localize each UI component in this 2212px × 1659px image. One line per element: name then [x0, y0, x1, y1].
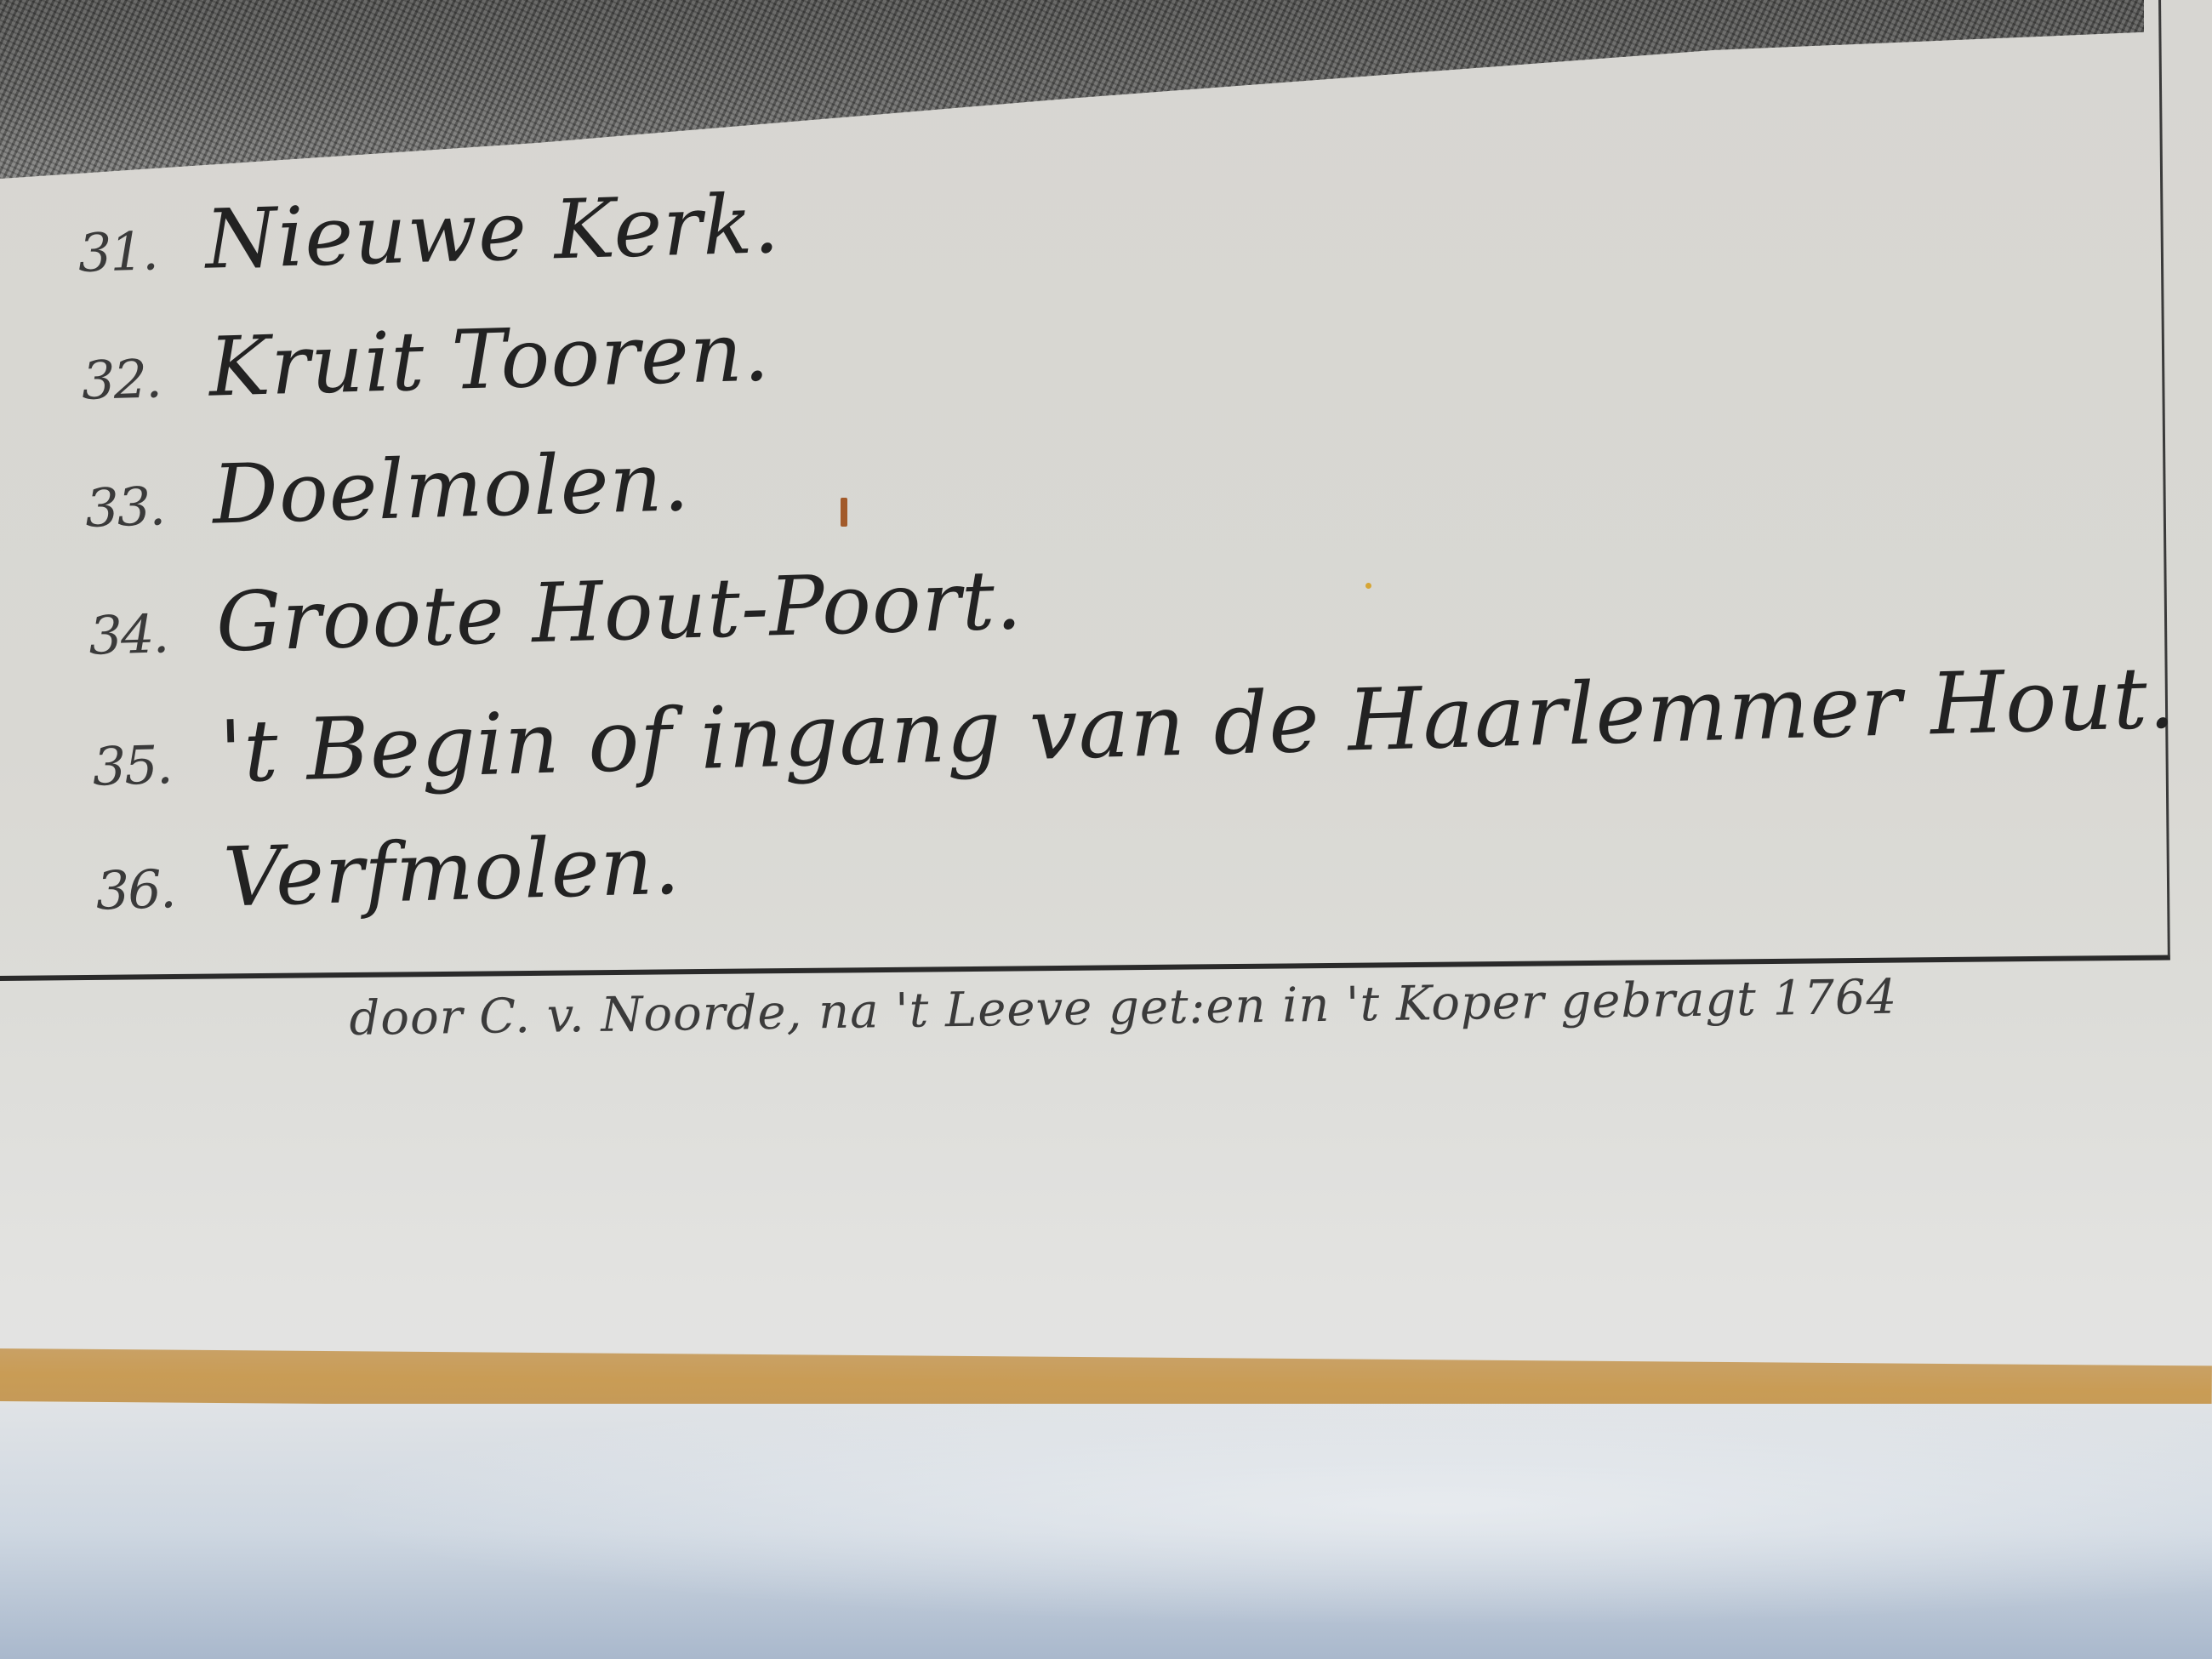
legend-number: 35.: [92, 733, 221, 798]
paper-speck: [1365, 583, 1371, 589]
legend-text: Doelmolen.: [211, 434, 691, 543]
legend-number: 32.: [81, 346, 210, 412]
legend-text: Nieuwe Kerk.: [204, 176, 781, 288]
ink-stain-mark: [841, 498, 847, 527]
engraver-credit: door C. v. Noorde, na 't Leeve get:en in…: [349, 966, 2179, 1046]
legend-text: Verfmolen.: [222, 818, 681, 926]
legend-number: 31.: [77, 219, 207, 284]
legend-list: 31. Nieuwe Kerk. 32. Kruit Tooren. 33. D…: [77, 138, 2181, 961]
legend-number: 36.: [95, 857, 225, 922]
legend-number: 34.: [88, 601, 217, 667]
lower-mat-area: [0, 1404, 2212, 1659]
legend-number: 33.: [84, 474, 214, 539]
photograph: 31. Nieuwe Kerk. 32. Kruit Tooren. 33. D…: [0, 0, 2212, 1659]
legend-text: Kruit Tooren.: [208, 304, 771, 414]
